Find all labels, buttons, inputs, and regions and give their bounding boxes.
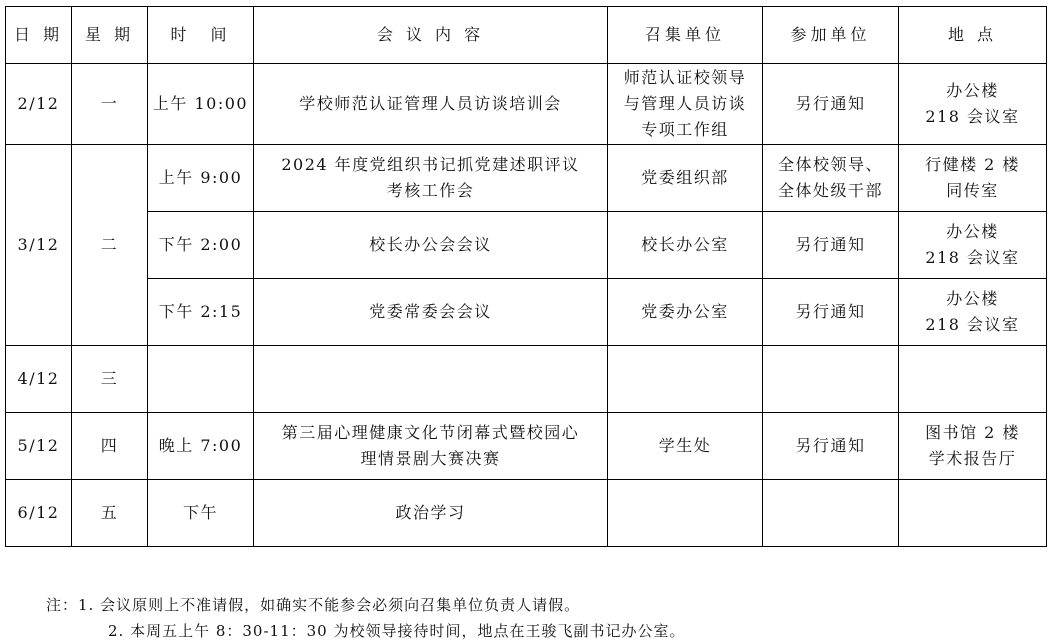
cell-time bbox=[148, 346, 254, 413]
header-participants: 参加单位 bbox=[763, 7, 899, 64]
cell-convener: 校长办公室 bbox=[608, 212, 763, 279]
cell-participants: 另行通知 bbox=[763, 279, 899, 346]
table-row: 6/12 五 下午 政治学习 bbox=[6, 480, 1047, 547]
cell-content: 校长办公会会议 bbox=[254, 212, 608, 279]
cell-location: 办公楼 218 会议室 bbox=[899, 279, 1047, 346]
cell-location bbox=[899, 480, 1047, 547]
cell-participants: 全体校领导、 全体处级干部 bbox=[763, 145, 899, 212]
cell-participants bbox=[763, 346, 899, 413]
table-row: 5/12 四 晚上 7:00 第三届心理健康文化节闭幕式暨校园心 理情景剧大赛决… bbox=[6, 413, 1047, 480]
cell-date: 3/12 bbox=[6, 145, 72, 346]
cell-weekday: 三 bbox=[72, 346, 148, 413]
cell-time: 下午 bbox=[148, 480, 254, 547]
cell-time: 下午 2:15 bbox=[148, 279, 254, 346]
cell-time: 上午 9:00 bbox=[148, 145, 254, 212]
cell-participants: 另行通知 bbox=[763, 64, 899, 145]
cell-weekday: 五 bbox=[72, 480, 148, 547]
header-content: 会 议 内 容 bbox=[254, 7, 608, 64]
cell-weekday: 四 bbox=[72, 413, 148, 480]
cell-date: 6/12 bbox=[6, 480, 72, 547]
cell-location: 办公楼 218 会议室 bbox=[899, 64, 1047, 145]
header-convener: 召集单位 bbox=[608, 7, 763, 64]
cell-date: 2/12 bbox=[6, 64, 72, 145]
cell-date: 4/12 bbox=[6, 346, 72, 413]
cell-content: 学校师范认证管理人员访谈培训会 bbox=[254, 64, 608, 145]
header-location: 地 点 bbox=[899, 7, 1047, 64]
cell-convener: 师范认证校领导 与管理人员访谈 专项工作组 bbox=[608, 64, 763, 145]
cell-location: 图书馆 2 楼 学术报告厅 bbox=[899, 413, 1047, 480]
cell-convener bbox=[608, 480, 763, 547]
cell-convener: 学生处 bbox=[608, 413, 763, 480]
header-weekday: 星 期 bbox=[72, 7, 148, 64]
cell-convener bbox=[608, 346, 763, 413]
meeting-schedule-table: 日 期 星 期 时 间 会 议 内 容 召集单位 参加单位 地 点 2/12 一… bbox=[5, 6, 1047, 547]
cell-content: 第三届心理健康文化节闭幕式暨校园心 理情景剧大赛决赛 bbox=[254, 413, 608, 480]
note-1: 注：1. 会议原则上不准请假，如确实不能参会必须向召集单位负责人请假。 bbox=[46, 592, 686, 618]
cell-content: 2024 年度党组织书记抓党建述职评议 考核工作会 bbox=[254, 145, 608, 212]
cell-convener: 党委组织部 bbox=[608, 145, 763, 212]
table-row: 3/12 二 上午 9:00 2024 年度党组织书记抓党建述职评议 考核工作会… bbox=[6, 145, 1047, 212]
cell-content: 政治学习 bbox=[254, 480, 608, 547]
table-row: 2/12 一 上午 10:00 学校师范认证管理人员访谈培训会 师范认证校领导 … bbox=[6, 64, 1047, 145]
cell-participants: 另行通知 bbox=[763, 413, 899, 480]
cell-weekday: 一 bbox=[72, 64, 148, 145]
note-2: 2. 本周五上午 8：30-11：30 为校领导接待时间，地点在王骏飞副书记办公… bbox=[46, 618, 686, 641]
table-row: 下午 2:00 校长办公会会议 校长办公室 另行通知 办公楼 218 会议室 bbox=[6, 212, 1047, 279]
cell-date: 5/12 bbox=[6, 413, 72, 480]
cell-location: 行健楼 2 楼 同传室 bbox=[899, 145, 1047, 212]
notes-section: 注：1. 会议原则上不准请假，如确实不能参会必须向召集单位负责人请假。 2. 本… bbox=[46, 592, 686, 641]
cell-time: 上午 10:00 bbox=[148, 64, 254, 145]
cell-location: 办公楼 218 会议室 bbox=[899, 212, 1047, 279]
header-date: 日 期 bbox=[6, 7, 72, 64]
cell-time: 晚上 7:00 bbox=[148, 413, 254, 480]
cell-convener: 党委办公室 bbox=[608, 279, 763, 346]
table-header-row: 日 期 星 期 时 间 会 议 内 容 召集单位 参加单位 地 点 bbox=[6, 7, 1047, 64]
cell-location bbox=[899, 346, 1047, 413]
cell-time: 下午 2:00 bbox=[148, 212, 254, 279]
table-row: 4/12 三 bbox=[6, 346, 1047, 413]
cell-participants: 另行通知 bbox=[763, 212, 899, 279]
table-row: 下午 2:15 党委常委会会议 党委办公室 另行通知 办公楼 218 会议室 bbox=[6, 279, 1047, 346]
cell-weekday: 二 bbox=[72, 145, 148, 346]
header-time: 时 间 bbox=[148, 7, 254, 64]
cell-participants bbox=[763, 480, 899, 547]
cell-content: 党委常委会会议 bbox=[254, 279, 608, 346]
cell-content bbox=[254, 346, 608, 413]
